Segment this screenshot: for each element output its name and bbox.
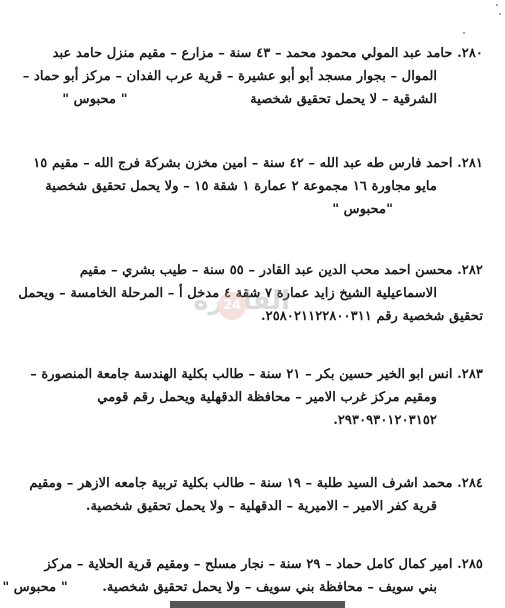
status-tag: " محبوس " [62,88,127,111]
entry-line: ومقيم مركز غرب الامير – محافظة الدقهلية … [14,386,483,409]
entry-line: "محبوس " [14,198,483,221]
entry-line: ٢٨٣. انس ابو الخير حسين بكر – ٢١ سنة – ط… [14,363,483,386]
entry-line: ٢٨٢. محسن احمد محب الدين عبد القادر – ٥٥… [14,259,483,282]
entry-text: الشرقية – لا يحمل تحقيق شخصية [250,92,437,107]
status-tag: "محبوس " [332,198,393,221]
entry-line: الاسماعيلية الشيخ زايد عمارة ٧ شقة ٤ مدخ… [14,282,483,305]
scan-speck [496,4,498,6]
entry-line: الشرقية – لا يحمل تحقيق شخصية " محبوس " [14,88,483,111]
entry-text: بني سويف – محافظة بني سويف – ولا يحمل تح… [102,580,437,595]
entry-line: ٢٨٤. محمد اشرف السيد طلبة – ١٩ سنة – طال… [14,472,483,495]
entry-line: مايو مجاورة ١٦ مجموعة ٢ عمارة ١ شقة ١٥ –… [14,175,483,198]
scanned-document-page: ٢٨٠. حامد عبد المولي محمود محمد – ٤٣ سنة… [0,0,505,608]
list-entry-283: ٢٨٣. انس ابو الخير حسين بكر – ٢١ سنة – ط… [14,363,483,432]
status-tag: " محبوس " [2,576,67,599]
list-entry-285: ٢٨٥. امير كمال كامل حماد – ٢٩ سنة – نجار… [14,553,483,599]
entry-line: ٢٨٠. حامد عبد المولي محمود محمد – ٤٣ سنة… [14,42,483,65]
entry-line: الموال – بجوار مسجد أبو أبو عشيرة – قرية… [14,65,483,88]
entry-line: ٢٨٥. امير كمال كامل حماد – ٢٩ سنة – نجار… [14,553,483,576]
entry-line: ٢٩٣٠٩٣٠١٢٠٣١٥٢. [14,409,483,432]
scan-speck [499,13,501,15]
list-entry-282: ٢٨٢. محسن احمد محب الدين عبد القادر – ٥٥… [14,259,483,328]
scan-edge-bar [170,601,345,608]
entry-line: بني سويف – محافظة بني سويف – ولا يحمل تح… [14,576,483,599]
list-entry-281: ٢٨١. احمد فارس طه عبد الله – ٤٢ سنة – ام… [14,152,483,221]
scan-speck [463,32,465,34]
list-entry-284: ٢٨٤. محمد اشرف السيد طلبة – ١٩ سنة – طال… [14,472,483,518]
list-entry-280: ٢٨٠. حامد عبد المولي محمود محمد – ٤٣ سنة… [14,42,483,111]
entry-line: تحقيق شخصية رقم ٢٥٨٠٢١١٢٢٨٠٠٣١١. [14,305,483,328]
entry-line: ٢٨١. احمد فارس طه عبد الله – ٤٢ سنة – ام… [14,152,483,175]
entry-line: قرية كفر الامير – الاميرية – الدقهلية – … [14,495,483,518]
